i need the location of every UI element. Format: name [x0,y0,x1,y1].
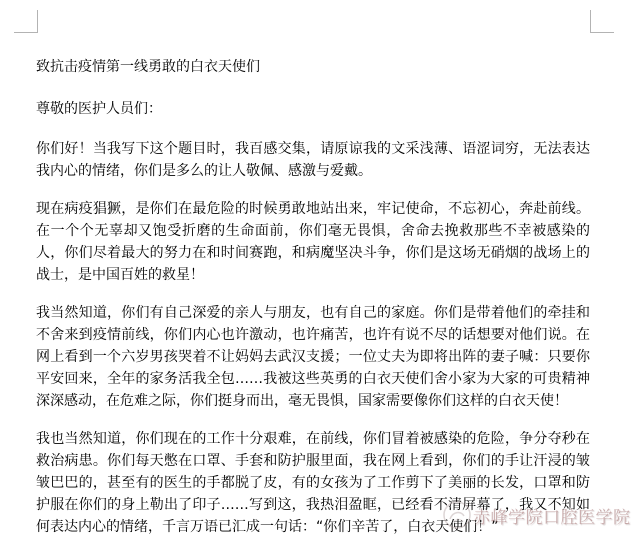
letter-paragraph-4: 我也当然知道，你们现在的工作十分艰难，在前线，你们冒着被感染的危险，争分夺秒在救… [36,428,590,538]
text-boundary-mark-top-right [590,10,614,33]
letter-paragraph-3: 我当然知道，你们有自己深爱的亲人与朋友，也有自己的家庭。你们是带着他们的牵挂和不… [36,302,590,412]
text-boundary-mark-top-left [14,10,38,33]
letter-body[interactable]: 致抗击疫情第一线勇敢的白衣天使们 尊敬的医护人员们： 你们好！当我写下这个题目时… [36,56,590,538]
letter-paragraph-2: 现在病疫猖獗，是你们在最危险的时候勇敢地站出来，牢记使命，不忘初心，奔赴前线。在… [36,198,590,286]
letter-salutation: 尊敬的医护人员们： [36,98,590,120]
letter-title: 致抗击疫情第一线勇敢的白衣天使们 [36,56,590,78]
letter-paragraph-1: 你们好！当我写下这个题目时，我百感交集，请原谅我的文采浅薄、语涩词穷，无法表达我… [36,138,590,182]
document-page: 致抗击疫情第一线勇敢的白衣天使们 尊敬的医护人员们： 你们好！当我写下这个题目时… [0,0,633,538]
